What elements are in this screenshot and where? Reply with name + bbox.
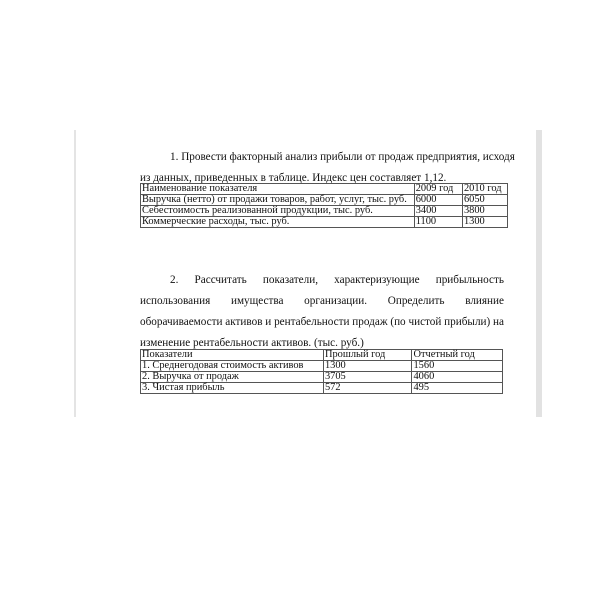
task2-line2: использования имущества организации. Опр…: [140, 291, 504, 312]
table-cell: 2. Выручка от продаж: [141, 372, 324, 383]
task2-paragraph: 2. Рассчитать показатели, характеризующи…: [140, 270, 504, 354]
table-cell: 3705: [323, 372, 412, 383]
header-cell: Показатели: [141, 350, 324, 361]
table-cell: 1560: [412, 361, 503, 372]
table-cell: 1300: [462, 217, 507, 228]
header-cell: Прошлый год: [323, 350, 412, 361]
table-row: Выручка (нетто) от продажи товаров, рабо…: [141, 195, 508, 206]
table-cell: 1300: [323, 361, 412, 372]
table-header-row: Показатели Прошлый год Отчетный год: [141, 350, 503, 361]
table-cell: 3800: [462, 206, 507, 217]
header-cell: Наименование показателя: [141, 184, 415, 195]
table-cell: Коммерческие расходы, тыс. руб.: [141, 217, 415, 228]
task2-line3: оборачиваемости активов и рентабельности…: [140, 312, 504, 333]
task1-table: Наименование показателя 2009 год 2010 го…: [140, 183, 508, 228]
table-row: 1. Среднегодовая стоимость активов 1300 …: [141, 361, 503, 372]
task2-table: Показатели Прошлый год Отчетный год 1. С…: [140, 349, 503, 394]
table-row: 3. Чистая прибыль 572 495: [141, 383, 503, 394]
table-cell: 572: [323, 383, 412, 394]
table-cell: Себестоимость реализованной продукции, т…: [141, 206, 415, 217]
table-cell: 495: [412, 383, 503, 394]
table-row: 2. Выручка от продаж 3705 4060: [141, 372, 503, 383]
table-cell: 3400: [414, 206, 462, 217]
header-cell: 2010 год: [462, 184, 507, 195]
table-cell: 3. Чистая прибыль: [141, 383, 324, 394]
table-cell: 6050: [462, 195, 507, 206]
vertical-scrollbar[interactable]: [536, 130, 542, 417]
task1-line1: 1. Провести факторный анализ прибыли от …: [140, 147, 504, 168]
table-row: Себестоимость реализованной продукции, т…: [141, 206, 508, 217]
table-cell: Выручка (нетто) от продажи товаров, рабо…: [141, 195, 415, 206]
header-cell: 2009 год: [414, 184, 462, 195]
task2-line1: 2. Рассчитать показатели, характеризующи…: [140, 270, 504, 291]
header-cell: Отчетный год: [412, 350, 503, 361]
page-left-edge: [74, 130, 76, 417]
table-header-row: Наименование показателя 2009 год 2010 го…: [141, 184, 508, 195]
table-cell: 6000: [414, 195, 462, 206]
table-cell: 1. Среднегодовая стоимость активов: [141, 361, 324, 372]
table-row: Коммерческие расходы, тыс. руб. 1100 130…: [141, 217, 508, 228]
table-cell: 4060: [412, 372, 503, 383]
table-cell: 1100: [414, 217, 462, 228]
